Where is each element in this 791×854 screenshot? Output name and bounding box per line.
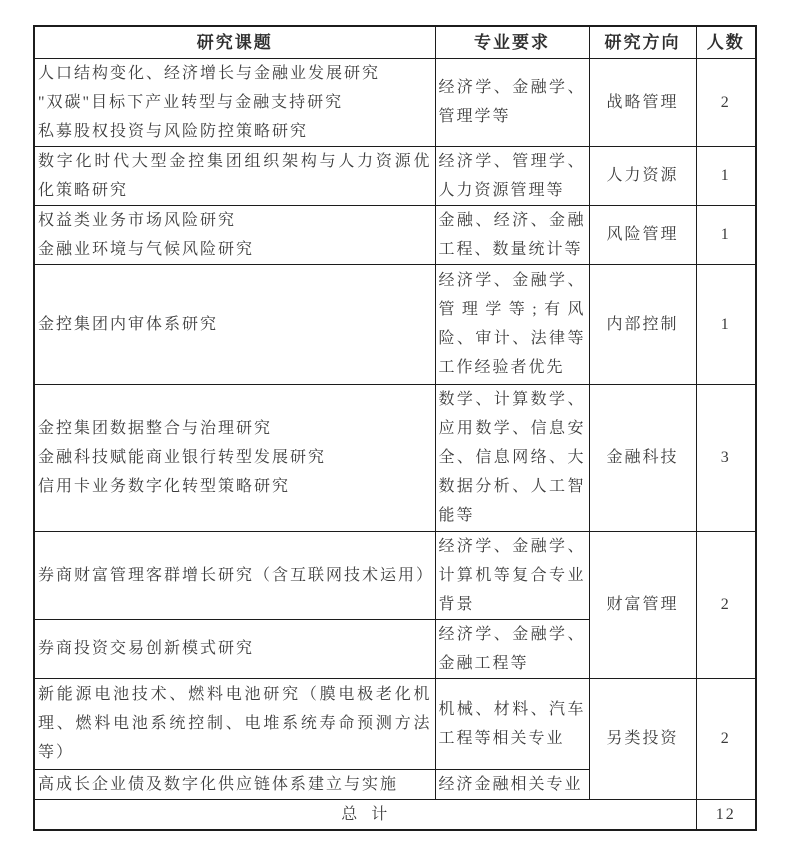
direction-cell: 财富管理 — [589, 531, 696, 678]
topic-line: "双碳"目标下产业转型与金融支持研究 — [38, 88, 432, 117]
page: 研究课题 专业要求 研究方向 人数 人口结构变化、经济增长与金融业发展研究 "双… — [0, 0, 791, 854]
topic-line: 金控集团数据整合与治理研究 — [38, 414, 432, 443]
requirement-cell: 金融、经济、金融工程、数量统计等 — [435, 205, 589, 264]
count-cell: 3 — [696, 384, 756, 531]
topic-cell: 金控集团内审体系研究 — [34, 264, 435, 384]
topic-cell: 权益类业务市场风险研究 金融业环境与气候风险研究 — [34, 205, 435, 264]
direction-cell: 金融科技 — [589, 384, 696, 531]
count-cell: 1 — [696, 146, 756, 205]
topic-line: 权益类业务市场风险研究 — [38, 206, 432, 235]
requirement-cell: 数学、计算数学、应用数学、信息安全、信息网络、大数据分析、人工智能等 — [435, 384, 589, 531]
count-cell: 2 — [696, 58, 756, 146]
direction-cell: 另类投资 — [589, 678, 696, 799]
topic-line: 券商投资交易创新模式研究 — [38, 634, 432, 663]
total-count-cell: 12 — [696, 799, 756, 830]
topic-cell: 券商投资交易创新模式研究 — [34, 619, 435, 678]
total-row: 总 计 12 — [34, 799, 756, 830]
col-header-research-direction: 研究方向 — [589, 26, 696, 58]
table-row: 权益类业务市场风险研究 金融业环境与气候风险研究 金融、经济、金融工程、数量统计… — [34, 205, 756, 264]
topic-line: 数字化时代大型金控集团组织架构与人力资源优化策略研究 — [38, 147, 432, 205]
topic-cell: 券商财富管理客群增长研究（含互联网技术运用） — [34, 531, 435, 619]
requirement-cell: 经济学、管理学、人力资源管理等 — [435, 146, 589, 205]
table-row: 数字化时代大型金控集团组织架构与人力资源优化策略研究 经济学、管理学、人力资源管… — [34, 146, 756, 205]
header-row: 研究课题 专业要求 研究方向 人数 — [34, 26, 756, 58]
count-cell: 1 — [696, 205, 756, 264]
topic-line: 金控集团内审体系研究 — [38, 310, 432, 339]
col-header-headcount: 人数 — [696, 26, 756, 58]
col-header-research-topic: 研究课题 — [34, 26, 435, 58]
total-label-cell: 总 计 — [34, 799, 696, 830]
table-row: 金控集团内审体系研究 经济学、金融学、管理学等;有风险、审计、法律等工作经验者优… — [34, 264, 756, 384]
count-cell: 2 — [696, 678, 756, 799]
topic-line: 高成长企业债及数字化供应链体系建立与实施 — [38, 770, 432, 799]
recruitment-research-table: 研究课题 专业要求 研究方向 人数 人口结构变化、经济增长与金融业发展研究 "双… — [33, 25, 757, 831]
requirement-cell: 经济学、金融学、计算机等复合专业背景 — [435, 531, 589, 619]
topic-line: 私募股权投资与风险防控策略研究 — [38, 117, 432, 146]
table-row: 金控集团数据整合与治理研究 金融科技赋能商业银行转型发展研究 信用卡业务数字化转… — [34, 384, 756, 531]
topic-cell: 新能源电池技术、燃料电池研究（膜电极老化机理、燃料电池系统控制、电堆系统寿命预测… — [34, 678, 435, 769]
direction-cell: 人力资源 — [589, 146, 696, 205]
topic-line: 金融科技赋能商业银行转型发展研究 — [38, 443, 432, 472]
direction-cell: 内部控制 — [589, 264, 696, 384]
direction-cell: 风险管理 — [589, 205, 696, 264]
requirement-cell: 经济学、金融学、金融工程等 — [435, 619, 589, 678]
topic-cell: 数字化时代大型金控集团组织架构与人力资源优化策略研究 — [34, 146, 435, 205]
direction-cell: 战略管理 — [589, 58, 696, 146]
table-row: 人口结构变化、经济增长与金融业发展研究 "双碳"目标下产业转型与金融支持研究 私… — [34, 58, 756, 146]
table-row: 新能源电池技术、燃料电池研究（膜电极老化机理、燃料电池系统控制、电堆系统寿命预测… — [34, 678, 756, 769]
requirement-cell: 经济学、金融学、管理学等;有风险、审计、法律等工作经验者优先 — [435, 264, 589, 384]
topic-cell: 人口结构变化、经济增长与金融业发展研究 "双碳"目标下产业转型与金融支持研究 私… — [34, 58, 435, 146]
count-cell: 1 — [696, 264, 756, 384]
col-header-major-requirement: 专业要求 — [435, 26, 589, 58]
table-row: 券商财富管理客群增长研究（含互联网技术运用） 经济学、金融学、计算机等复合专业背… — [34, 531, 756, 619]
topic-line: 人口结构变化、经济增长与金融业发展研究 — [38, 59, 432, 88]
topic-line: 金融业环境与气候风险研究 — [38, 235, 432, 264]
requirement-cell: 经济金融相关专业 — [435, 769, 589, 799]
topic-cell: 金控集团数据整合与治理研究 金融科技赋能商业银行转型发展研究 信用卡业务数字化转… — [34, 384, 435, 531]
topic-line: 信用卡业务数字化转型策略研究 — [38, 472, 432, 501]
topic-cell: 高成长企业债及数字化供应链体系建立与实施 — [34, 769, 435, 799]
count-cell: 2 — [696, 531, 756, 678]
requirement-cell: 经济学、金融学、管理学等 — [435, 58, 589, 146]
requirement-cell: 机械、材料、汽车工程等相关专业 — [435, 678, 589, 769]
topic-line: 新能源电池技术、燃料电池研究（膜电极老化机理、燃料电池系统控制、电堆系统寿命预测… — [38, 680, 432, 767]
topic-line: 券商财富管理客群增长研究（含互联网技术运用） — [38, 561, 432, 590]
